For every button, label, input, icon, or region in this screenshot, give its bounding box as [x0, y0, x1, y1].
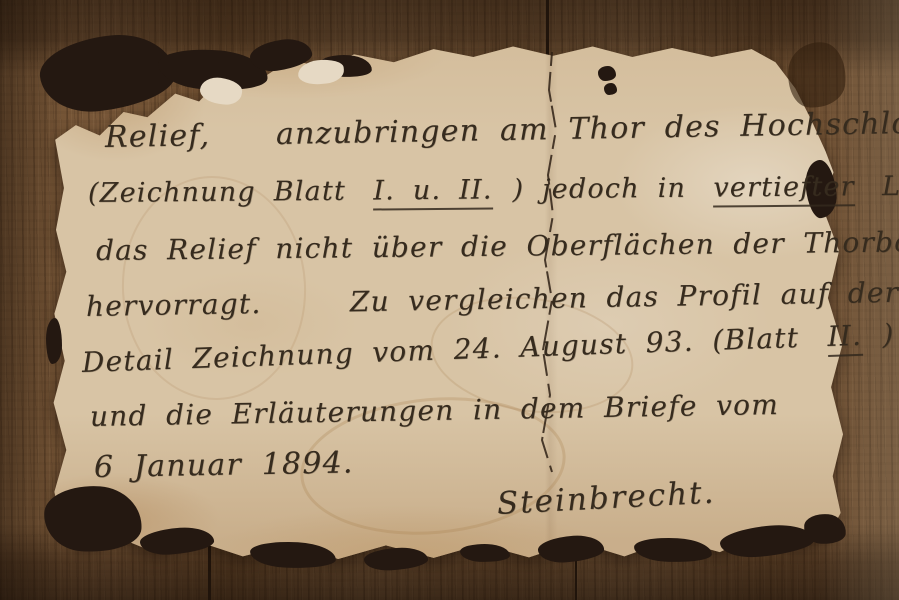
handwritten-date-line: 6 Januar 1894. [94, 445, 354, 485]
line2-emphasis: vertiefter [713, 171, 855, 207]
date-text: 6 Januar 1894. [94, 445, 354, 485]
line5-blatt-ref: II. [827, 319, 863, 357]
handwritten-line-6: und die Erläuterungen in dem Briefe vom [90, 388, 780, 433]
handwritten-line-2: (Zeichnung Blatt I. u. II. ) jedoch in v… [88, 169, 899, 213]
handwritten-line-4: hervorragt. Zu vergleichen das Profil au… [86, 276, 899, 323]
line4-rest: Zu vergleichen das Profil auf der [350, 276, 899, 319]
line2-mid: ) jedoch in [512, 173, 686, 206]
line4-word1: hervorragt. [86, 287, 262, 323]
line2-blatt-ref: I. u. II. [373, 174, 493, 210]
line5-open: Detail Zeichnung vom 24. August 93. (Bla… [81, 321, 799, 379]
handwritten-line-3: das Relief nicht über die Oberflächen de… [96, 225, 899, 267]
line5-close: ) [882, 318, 895, 351]
signature: Steinbrecht. [496, 475, 716, 522]
photo-of-handwritten-note: Relief, anzubringen am Thor des Hochschl… [0, 0, 899, 600]
signature-text: Steinbrecht. [496, 475, 716, 522]
line1-word1: Relief, [105, 118, 211, 155]
line1-rest: anzubringen am Thor des Hochschlosses, [276, 105, 899, 152]
handwritten-line-1: Relief, anzubringen am Thor des Hochschl… [105, 105, 899, 155]
line3-text: das Relief nicht über die Oberflächen de… [96, 225, 899, 267]
line2-open: (Zeichnung Blatt [88, 176, 346, 209]
line6-text: und die Erläuterungen in dem Briefe vom [90, 388, 780, 433]
handwriting: Relief, anzubringen am Thor des Hochschl… [0, 0, 899, 600]
handwritten-line-5: Detail Zeichnung vom 24. August 93. (Bla… [81, 318, 895, 383]
line2-end: Lage, (so daß [882, 169, 899, 202]
